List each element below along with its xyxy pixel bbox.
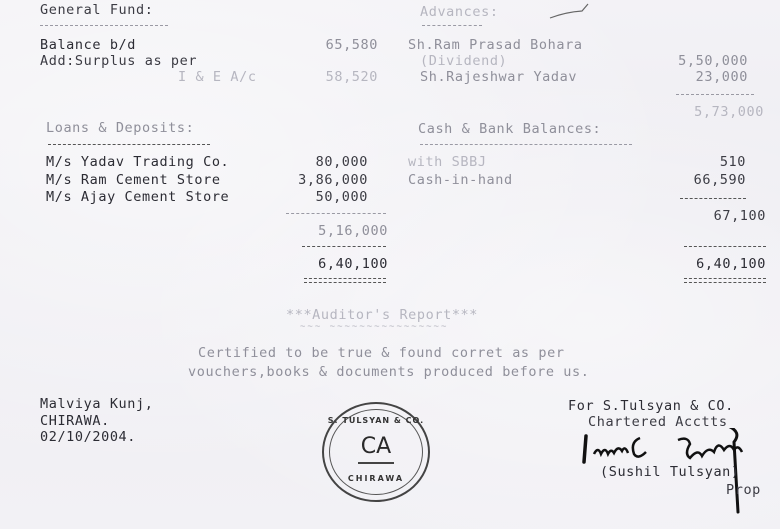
report-line-1: Certified to be true & found corret as p… [198,345,565,361]
advances-subtotal: 5,73,000 [640,104,764,120]
bank-row-amount: 66,590 [640,172,746,188]
heading-underline [420,144,632,145]
pen-mark-icon [548,2,592,22]
signatory-role: Prop [726,482,761,498]
heading-underline [40,25,168,26]
stamp-top-text: S. TULSYAN & CO. [324,416,428,425]
loans-deposits-heading: Loans & Deposits: [46,120,194,136]
loans-subtotal: 5,16,000 [270,223,388,239]
loan-row-amount: 50,000 [270,189,368,205]
left-grand-total: 6,40,100 [270,256,388,272]
ca-seal-stamp: S. TULSYAN & CO. CA CHIRAWA [322,402,430,502]
signatory-firm: For S.Tulsyan & CO. [568,398,734,414]
loan-row-label: M/s Yadav Trading Co. [46,154,229,170]
heading-underline [422,25,482,26]
address-line-1: Malviya Kunj, [40,396,153,412]
general-fund-heading: General Fund: [40,2,153,18]
surplus-amount: 58,520 [270,69,378,85]
stamp-bottom-text: CHIRAWA [324,474,428,483]
advances-heading: Advances: [420,4,499,20]
advance-row-amount: 23,000 [640,69,748,85]
address-line-2: CHIRAWA. [40,413,110,429]
subtotal-rule [680,198,746,199]
right-grand-total: 6,40,100 [640,256,766,272]
stamp-rule [358,462,394,464]
stamp-ca-text: CA [324,434,428,459]
cash-subtotal: 67,100 [640,208,766,224]
bank-row-label: with SBBJ [408,154,487,170]
subtotal-rule [286,213,386,214]
report-line-2: vouchers,books & documents produced befo… [188,364,589,380]
heading-underline [48,144,210,145]
advance-row-label: (Dividend) [420,53,507,69]
add-surplus-label: Add:Surplus as per [40,53,197,69]
loan-row-amount: 80,000 [270,154,368,170]
advance-row-label: Sh.Ram Prasad Bohara [408,37,583,53]
bank-row-label: Cash-in-hand [408,172,513,188]
loan-row-label: M/s Ajay Cement Store [46,189,229,205]
double-rule [684,278,766,283]
bank-row-amount: 510 [640,154,746,170]
ie-account-label: I & E A/c [178,69,257,85]
signatory-name: (Sushil Tulsyan) [600,464,740,480]
total-rule [684,246,766,247]
total-rule [302,246,386,247]
subtotal-rule [676,94,754,95]
advance-row-label: Sh.Rajeshwar Yadav [420,69,577,85]
auditors-report-underline: ~~~ ~~~~~~~~~~~~~~~~ [300,319,448,335]
loan-row-amount: 3,86,000 [270,172,368,188]
balance-bd-amount: 65,580 [270,37,378,53]
scanned-document-page: General Fund: Balance b/d 65,580 Add:Sur… [0,0,780,529]
balance-bd-label: Balance b/d [40,37,136,53]
double-rule [304,278,386,283]
advance-row-amount: 5,50,000 [640,53,748,69]
report-date: 02/10/2004. [40,429,136,445]
cash-bank-heading: Cash & Bank Balances: [418,121,601,137]
loan-row-label: M/s Ram Cement Store [46,172,221,188]
